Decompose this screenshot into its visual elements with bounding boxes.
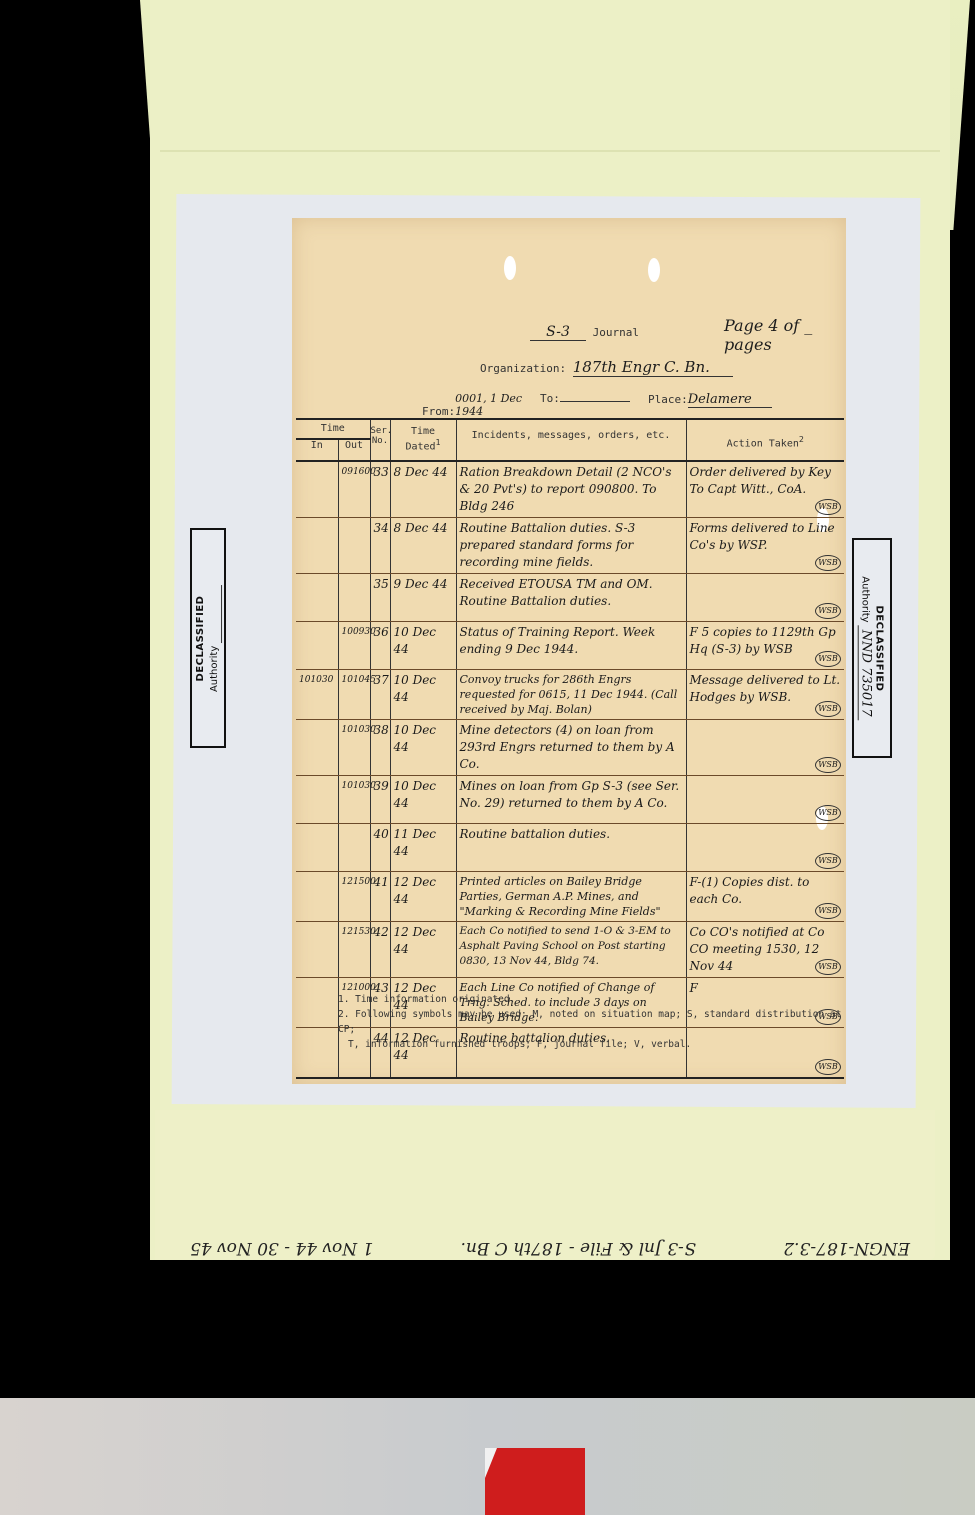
- cell-ser: 40: [370, 824, 390, 872]
- cell-incident: Mine detectors (4) on loan from 293rd En…: [456, 720, 686, 776]
- cell-ser: 37: [370, 670, 390, 720]
- footnotes: 1. Time information originated. 2. Follo…: [338, 992, 846, 1052]
- cell-in: [296, 776, 338, 824]
- cell-dated: 10 Dec 44: [390, 670, 456, 720]
- col-header-time-dated: Time Dated1: [390, 419, 456, 461]
- journal-table: Time Ser. No. Time Dated1 Incidents, mes…: [296, 418, 844, 1079]
- cell-ser: 41: [370, 872, 390, 922]
- cell-in: [296, 872, 338, 922]
- cell-in: [296, 622, 338, 670]
- initials-stamp: WSB: [815, 959, 841, 975]
- cell-out: 091600: [338, 461, 370, 518]
- table-row: 4011 Dec 44Routine battalion duties.WSB: [296, 824, 844, 872]
- cell-action: Co CO's notified at Co CO meeting 1530, …: [686, 922, 844, 978]
- stamp-authority-label: Authority: [860, 576, 871, 622]
- table-row: 1215004112 Dec 44Printed articles on Bai…: [296, 872, 844, 922]
- table-row: 1010303810 Dec 44Mine detectors (4) on l…: [296, 720, 844, 776]
- cell-incident: Ration Breakdown Detail (2 NCO's & 20 Pv…: [456, 461, 686, 518]
- cell-action: F 5 copies to 1129th Gp Hq (S-3) by WSBW…: [686, 622, 844, 670]
- cell-dated: 12 Dec 44: [390, 922, 456, 978]
- cell-out: 100930: [338, 622, 370, 670]
- stamp-title: DECLASSIFIED: [873, 576, 886, 720]
- cell-out: 101045: [338, 670, 370, 720]
- organization-label: Organization:: [480, 362, 566, 375]
- footnote-1: 1. Time information originated.: [338, 992, 846, 1007]
- col-header-incidents: Incidents, messages, orders, etc.: [456, 419, 686, 461]
- col-header-time: Time: [296, 419, 370, 439]
- initials-stamp: WSB: [815, 651, 841, 667]
- punch-hole: [504, 256, 516, 280]
- cell-incident: Routine battalion duties.: [456, 824, 686, 872]
- col-header-out: Out: [338, 439, 370, 461]
- cell-ser: 33: [370, 461, 390, 518]
- initials-stamp: WSB: [815, 805, 841, 821]
- stamp-authority-value: [207, 584, 223, 642]
- cell-in: 101030: [296, 670, 338, 720]
- cell-out: [338, 518, 370, 574]
- table-row: 1215304212 Dec 44Each Co notified to sen…: [296, 922, 844, 978]
- cell-incident: Routine Battalion duties. S-3 prepared s…: [456, 518, 686, 574]
- organization-value: 187th Engr C. Bn.: [573, 358, 733, 377]
- to-line: To:: [540, 392, 630, 405]
- cell-dated: 11 Dec 44: [390, 824, 456, 872]
- initials-stamp: WSB: [815, 499, 841, 515]
- from-label: From:: [422, 405, 455, 418]
- initials-stamp: WSB: [815, 1059, 841, 1075]
- initials-stamp: WSB: [815, 603, 841, 619]
- folder-crease: [160, 150, 940, 152]
- table-row: 359 Dec 44Received ETOUSA TM and OM. Rou…: [296, 574, 844, 622]
- cell-action: WSB: [686, 776, 844, 824]
- cell-incident: Received ETOUSA TM and OM. Routine Batta…: [456, 574, 686, 622]
- cell-out: 121530: [338, 922, 370, 978]
- cell-in: [296, 922, 338, 978]
- cell-in: [296, 574, 338, 622]
- folder-handwritten-label: ENGN-187-3.2 S-3 Jnl & File - 187th C Bn…: [190, 1228, 910, 1258]
- table-row: 348 Dec 44Routine Battalion duties. S-3 …: [296, 518, 844, 574]
- journal-page: S-3 Journal Page 4 of _ pages Organizati…: [292, 218, 846, 1084]
- folder-note-date-range: 1 Nov 44 - 30 Nov 45: [190, 1228, 373, 1258]
- red-marker-tab: [485, 1448, 585, 1515]
- cell-action: F-(1) Copies dist. to each Co.WSB: [686, 872, 844, 922]
- table-row: 1010303910 Dec 44Mines on loan from Gp S…: [296, 776, 844, 824]
- place-value: Delamere: [688, 392, 772, 408]
- cell-dated: 9 Dec 44: [390, 574, 456, 622]
- cell-action: WSB: [686, 720, 844, 776]
- cell-incident: Printed articles on Bailey Bridge Partie…: [456, 872, 686, 922]
- place-label: Place:: [648, 393, 688, 406]
- cell-dated: 12 Dec 44: [390, 872, 456, 922]
- cell-ser: 38: [370, 720, 390, 776]
- initials-stamp: WSB: [815, 757, 841, 773]
- cell-out: 101030: [338, 776, 370, 824]
- cell-in: [296, 461, 338, 518]
- cell-in: [296, 518, 338, 574]
- cell-in: [296, 978, 338, 1028]
- cell-ser: 34: [370, 518, 390, 574]
- cell-dated: 10 Dec 44: [390, 776, 456, 824]
- journal-section: S-3: [530, 324, 586, 341]
- cell-in: [296, 720, 338, 776]
- cell-out: 121500: [338, 872, 370, 922]
- cell-incident: Status of Training Report. Week ending 9…: [456, 622, 686, 670]
- cell-incident: Each Co notified to send 1-O & 3-EM to A…: [456, 922, 686, 978]
- cell-action: Message delivered to Lt. Hodges by WSB.W…: [686, 670, 844, 720]
- place-line: Place:Delamere: [648, 392, 772, 408]
- cell-ser: 36: [370, 622, 390, 670]
- footnote-2-cont: T, information furnished troops; F, jour…: [338, 1037, 846, 1052]
- to-label: To:: [540, 392, 560, 405]
- cell-incident: Mines on loan from Gp S-3 (see Ser. No. …: [456, 776, 686, 824]
- cell-in: [296, 1028, 338, 1078]
- stamp-authority-label: Authority: [210, 645, 221, 691]
- page-number: Page 4 of _ pages: [724, 316, 846, 354]
- punch-hole: [648, 258, 660, 282]
- col-header-in: In: [296, 439, 338, 461]
- cell-dated: 8 Dec 44: [390, 518, 456, 574]
- cell-action: WSB: [686, 824, 844, 872]
- initials-stamp: WSB: [815, 555, 841, 571]
- journal-title: S-3 Journal: [530, 324, 639, 341]
- cell-action: Forms delivered to Line Co's by WSP.WSB: [686, 518, 844, 574]
- declassified-stamp-left: DECLASSIFIED Authority: [190, 528, 226, 748]
- footnote-2: 2. Following symbols may be used: M, not…: [338, 1007, 846, 1037]
- journal-title-label: Journal: [593, 326, 639, 339]
- initials-stamp: WSB: [815, 853, 841, 869]
- table-row: 091600338 Dec 44Ration Breakdown Detail …: [296, 461, 844, 518]
- cell-dated: 10 Dec 44: [390, 720, 456, 776]
- col-header-ser-no: Ser. No.: [370, 419, 390, 461]
- stamp-authority-value: NND 735017: [858, 625, 874, 720]
- cell-ser: 39: [370, 776, 390, 824]
- cell-incident: Convoy trucks for 286th Engrs requested …: [456, 670, 686, 720]
- initials-stamp: WSB: [815, 701, 841, 717]
- cell-dated: 8 Dec 44: [390, 461, 456, 518]
- cell-action: Order delivered by Key To Capt Witt., Co…: [686, 461, 844, 518]
- folder-note-file-title: S-3 Jnl & File - 187th C Bn.: [461, 1228, 697, 1258]
- table-row: 1009303610 Dec 44Status of Training Repo…: [296, 622, 844, 670]
- declassified-stamp-right: DECLASSIFIED Authority NND 735017: [852, 538, 892, 758]
- cell-ser: 35: [370, 574, 390, 622]
- organization-line: Organization: 187th Engr C. Bn.: [480, 358, 733, 377]
- table-row: 1010301010453710 Dec 44Convoy trucks for…: [296, 670, 844, 720]
- folder-note-file-code: ENGN-187-3.2: [783, 1228, 910, 1258]
- cell-action: WSB: [686, 574, 844, 622]
- to-value: [560, 401, 630, 402]
- initials-stamp: WSB: [815, 903, 841, 919]
- col-header-action: Action Taken2: [686, 419, 844, 461]
- cell-out: [338, 574, 370, 622]
- cell-out: 101030: [338, 720, 370, 776]
- cell-out: [338, 824, 370, 872]
- from-line: From:0001, 1 Dec 1944: [422, 392, 545, 419]
- from-value: 0001, 1 Dec 1944: [455, 392, 545, 419]
- cell-ser: 42: [370, 922, 390, 978]
- cell-dated: 10 Dec 44: [390, 622, 456, 670]
- cell-in: [296, 824, 338, 872]
